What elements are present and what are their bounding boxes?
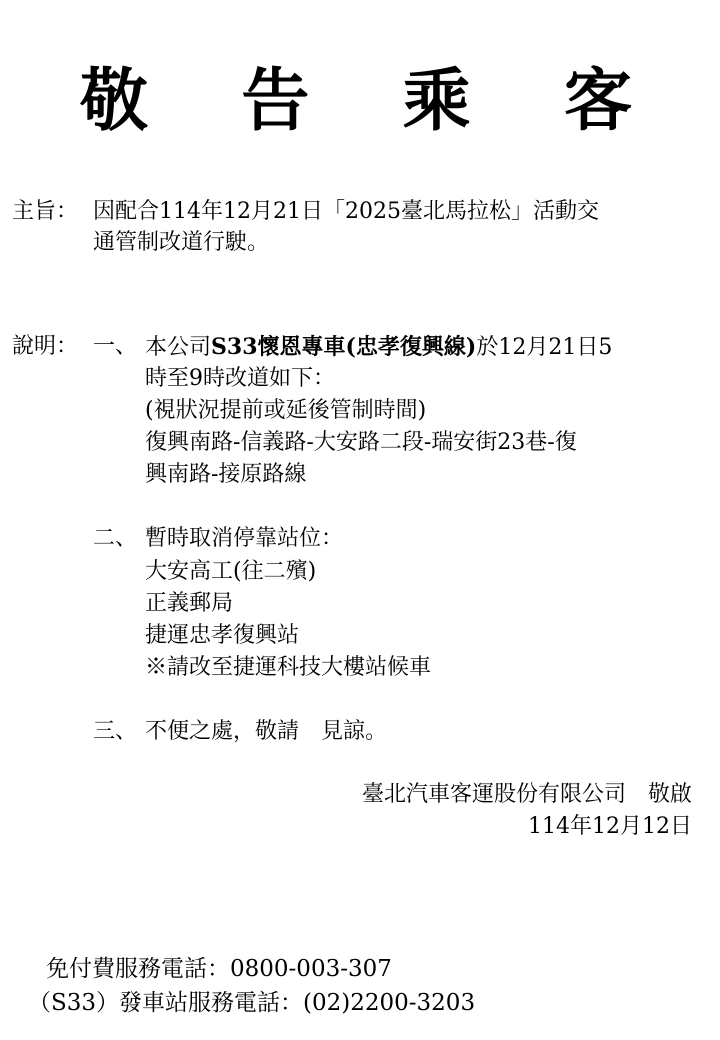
item2-heading: 暫時取消停靠站位：	[145, 523, 343, 555]
title-char: 敬	[80, 62, 148, 142]
subject-line: 通管制改道行駛。	[93, 227, 269, 259]
item1-route-name: S33懷恩專車(忠孝復興線)	[211, 334, 476, 360]
item1-line: 時至9時改道如下：	[145, 363, 335, 395]
item1-first-line: 本公司S33懷恩專車(忠孝復興線)於12月21日5	[145, 331, 612, 364]
item1-detour-route: 興南路-接原路線	[145, 459, 306, 491]
subject-line: 因配合114年12月21日「2025臺北馬拉松」活動交	[93, 196, 599, 228]
alternate-stop-note: ※請改至捷運科技大樓站候車	[145, 652, 431, 684]
title-char: 乘	[403, 62, 471, 142]
item3-text: 不便之處，敬請 見諒。	[145, 716, 387, 748]
item1-prefix: 本公司	[145, 335, 211, 360]
item1-suffix: 於12月21日5	[476, 335, 612, 360]
title-char: 告	[241, 62, 309, 142]
subject-label: 主旨：	[12, 196, 78, 228]
station-phone: （S33）發車站服務電話：(02)2200-3203	[28, 987, 475, 1019]
item3-marker: 三、	[93, 716, 137, 748]
notice-title: 敬 告 乘 客	[0, 62, 720, 142]
cancelled-stop: 大安高工(往二殯)	[145, 556, 316, 588]
explanation-label: 說明：	[12, 331, 78, 363]
cancelled-stop: 正義郵局	[145, 588, 233, 620]
item1-line: (視狀況提前或延後管制時間)	[145, 395, 426, 427]
cancelled-stop: 捷運忠孝復興站	[145, 620, 299, 652]
item2-marker: 二、	[93, 523, 137, 555]
toll-free-phone: 免付費服務電話：0800-003-307	[46, 953, 392, 985]
title-char: 客	[564, 62, 632, 142]
signature-date: 114年12月12日	[528, 811, 692, 843]
signature-company: 臺北汽車客運股份有限公司 敬啟	[362, 779, 692, 811]
item1-marker: 一、	[93, 331, 137, 363]
item1-detour-route: 復興南路-信義路-大安路二段-瑞安街23巷-復	[145, 427, 577, 459]
